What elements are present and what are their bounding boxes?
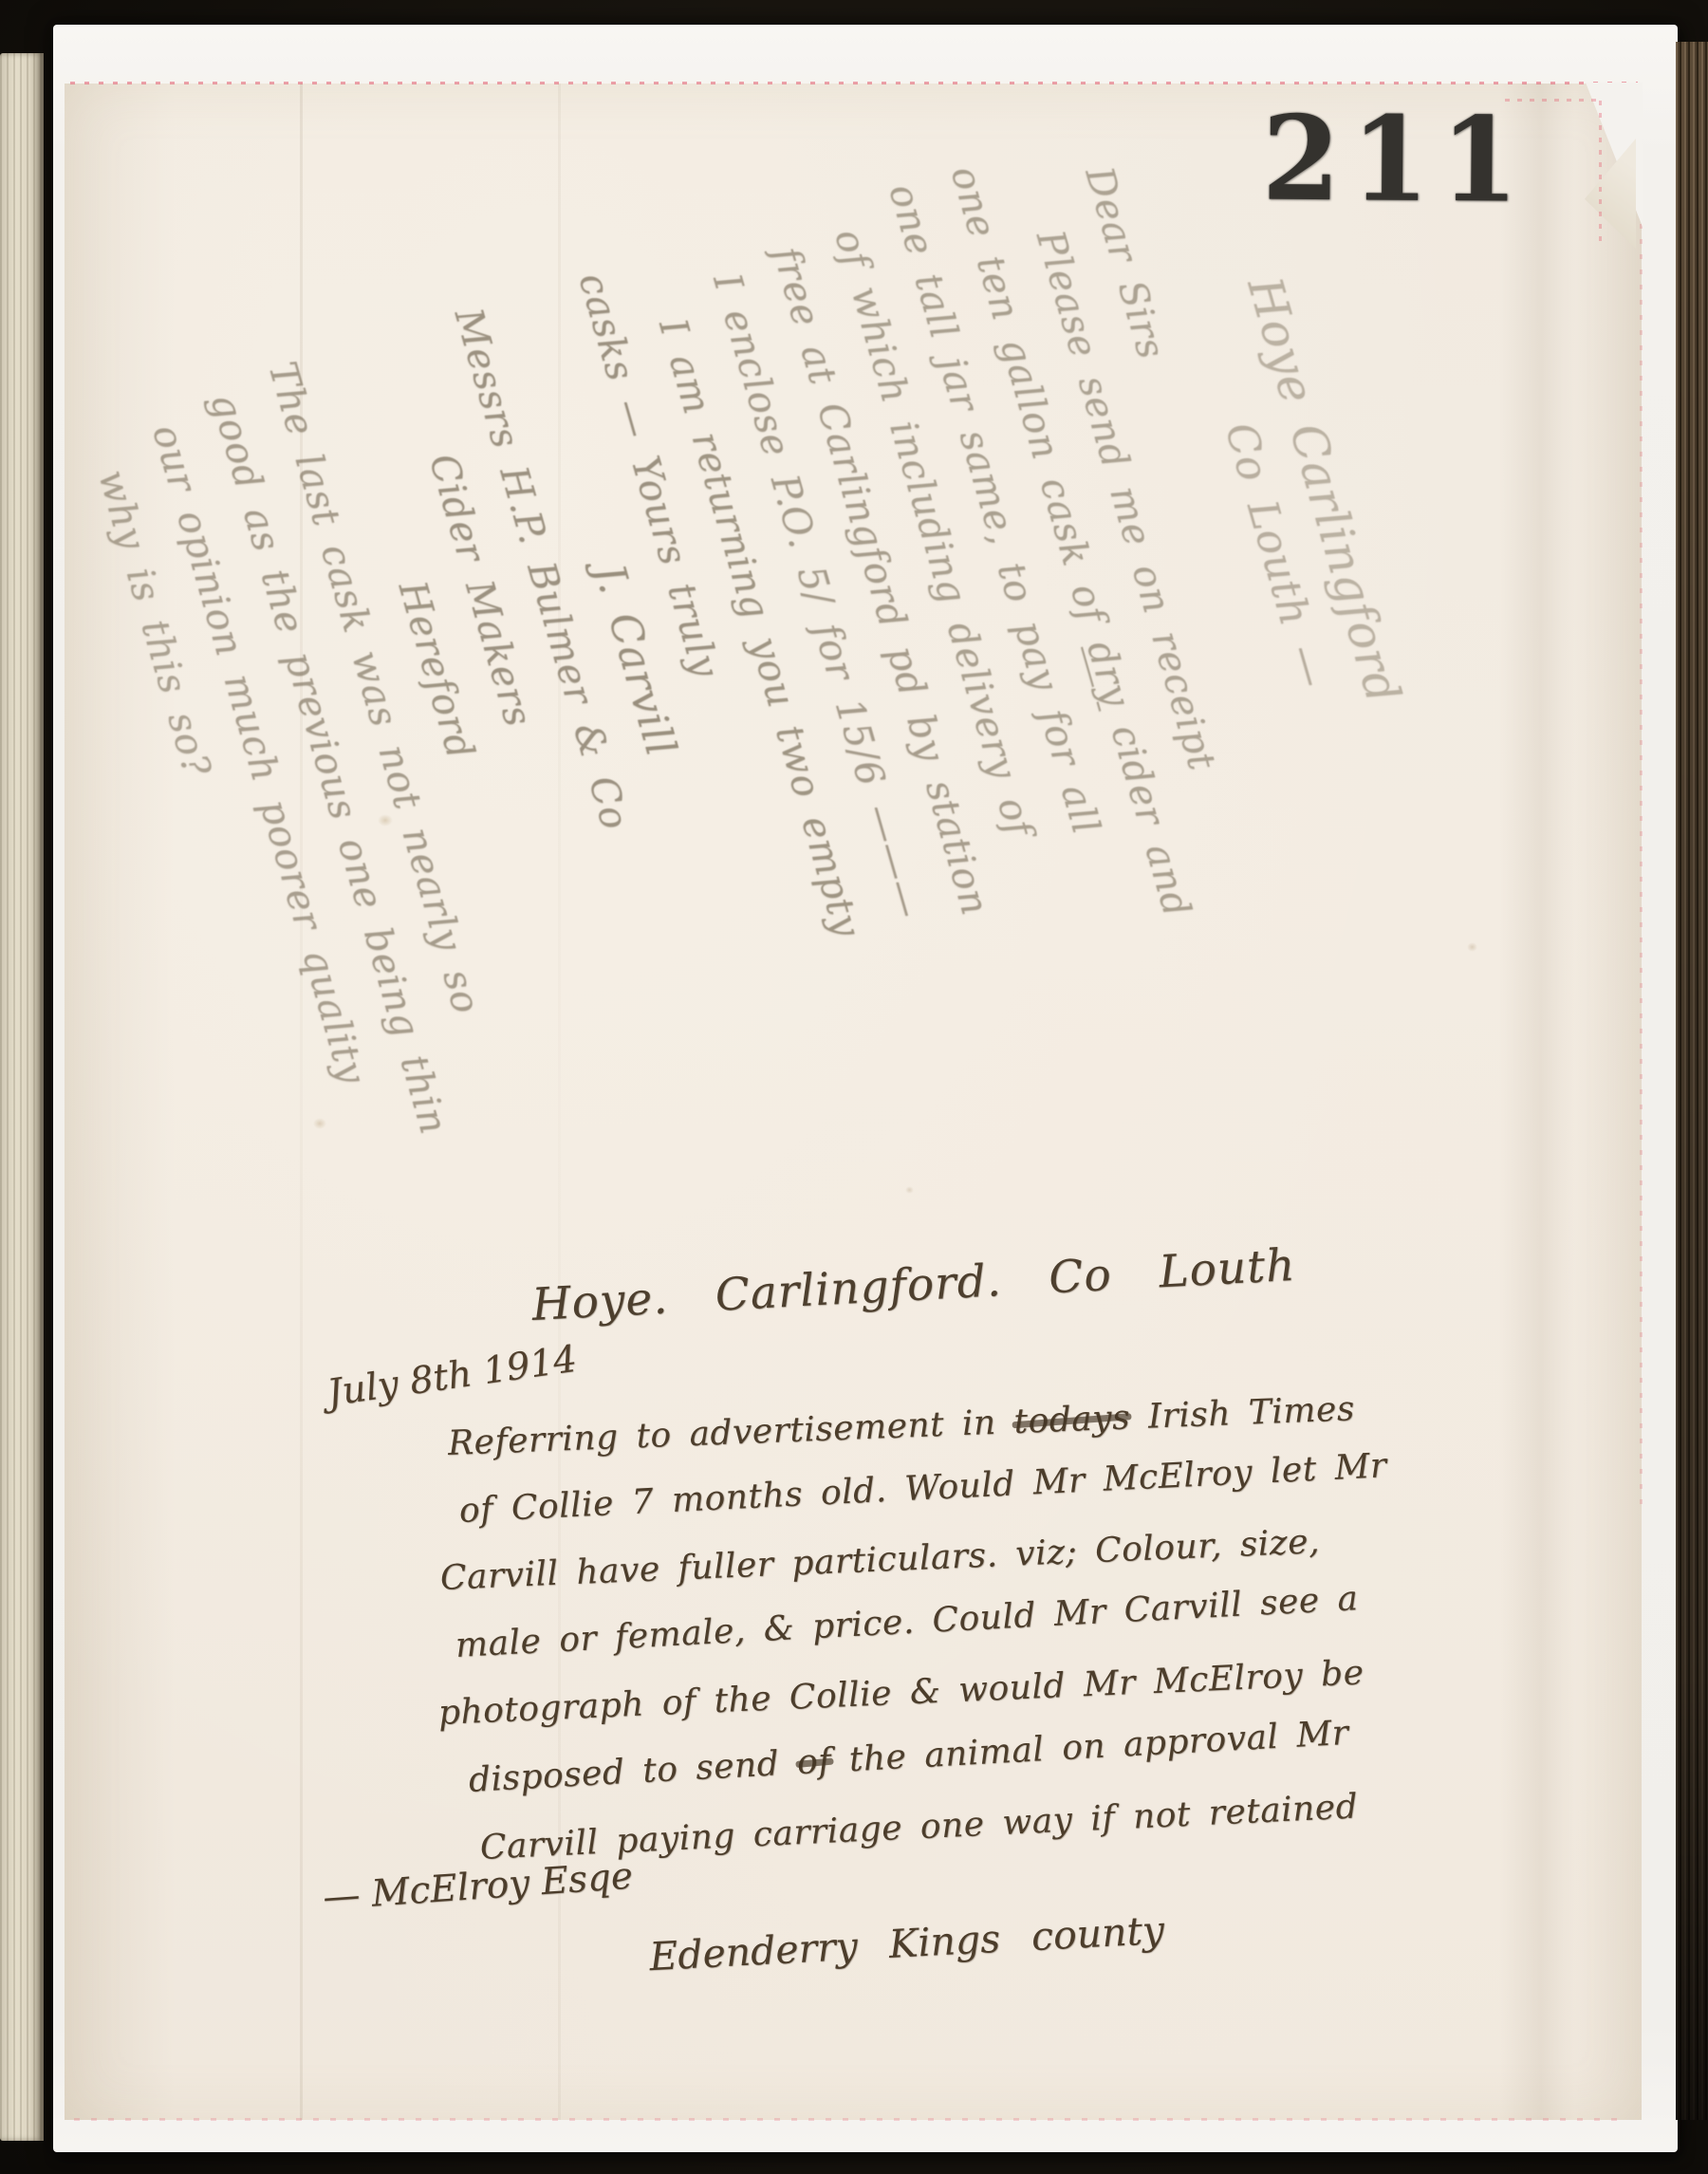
book-fore-edge	[1676, 42, 1708, 2120]
letterhead: Hoye. Carlingford. Co Louth	[530, 1237, 1329, 1331]
book-left-page-edges	[0, 53, 44, 2141]
scanned-letterbook-photo: 211 Hoye Carlingford Co Louth — Dear Sir…	[0, 0, 1708, 2174]
manuscript-letter: Hoye. Carlingford. Co Louth July 8th 191…	[65, 84, 1642, 2120]
letterbook-page: 211 Hoye Carlingford Co Louth — Dear Sir…	[65, 84, 1642, 2120]
date-line: July 8th 1914	[325, 1338, 580, 1415]
address-line: Edenderry Kings county	[648, 1907, 1165, 1979]
letter-body: Referring to advertisement in todays Iri…	[378, 1410, 1388, 1882]
